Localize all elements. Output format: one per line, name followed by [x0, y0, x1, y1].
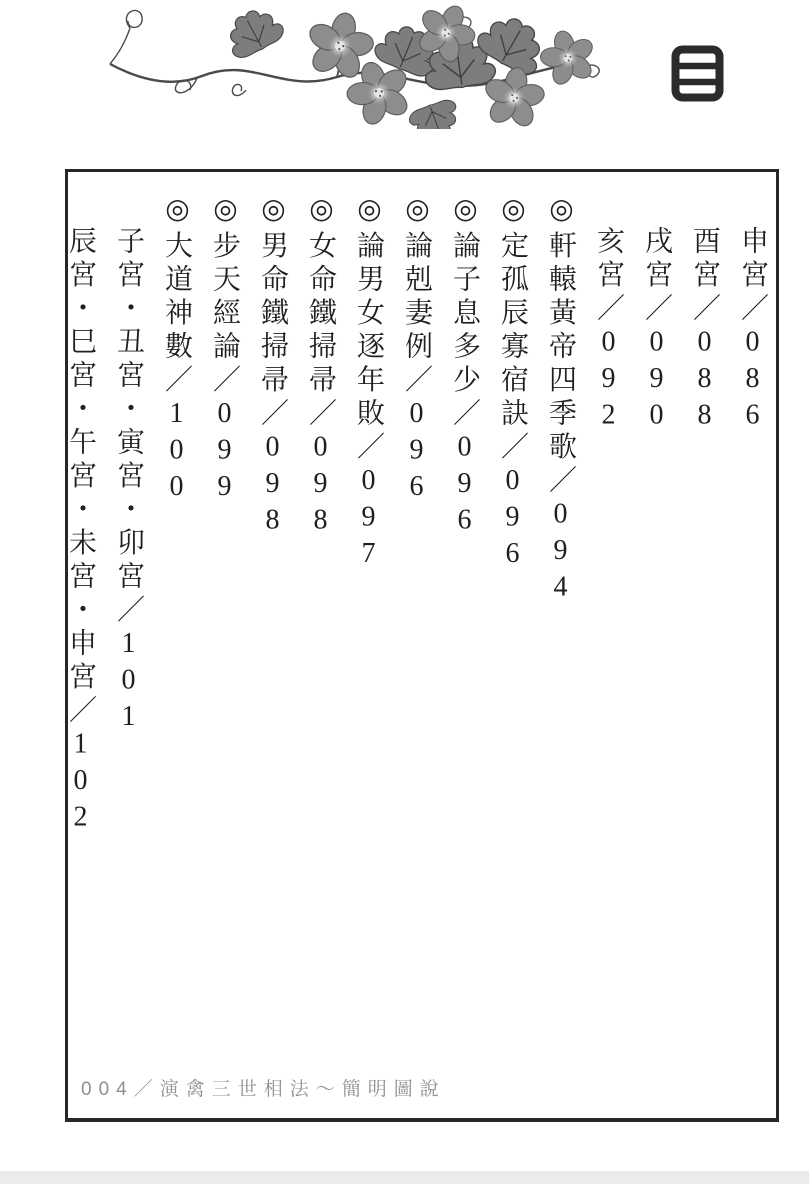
toc-entry: 申宮／086	[738, 192, 767, 1072]
toc-entry: ◎女命鐵掃帚／098	[306, 192, 335, 1072]
book-page: 申宮／086酉宮／088戌宮／090亥宮／092◎軒轅黃帝四季歌／094◎定孤辰…	[0, 0, 809, 1184]
toc-entry: ◎論子息多少／096	[450, 192, 479, 1072]
toc-entry: ◎步天經論／099	[210, 192, 239, 1072]
bottom-gray-bar	[0, 1171, 809, 1184]
toc-entry: ◎大道神數／100	[162, 192, 191, 1072]
toc-entry: ◎論剋妻例／096	[402, 192, 431, 1072]
toc-entry: 亥宮／092	[594, 192, 623, 1072]
toc-entries: 申宮／086酉宮／088戌宮／090亥宮／092◎軒轅黃帝四季歌／094◎定孤辰…	[47, 192, 767, 1072]
toc-entry: ◎論男女逐年敗／097	[354, 192, 383, 1072]
toc-entry: 戌宮／090	[642, 192, 671, 1072]
toc-entry: ◎軒轅黃帝四季歌／094	[546, 192, 575, 1072]
toc-entry: 辰宮・巳宮・午宮・未宮・申宮／102	[66, 192, 95, 1072]
contents-symbol-icon	[671, 45, 724, 102]
toc-entry: 子宮・丑宮・寅宮・卯宮／101	[114, 192, 143, 1072]
floral-vine-ornament	[100, 4, 600, 129]
toc-box: 申宮／086酉宮／088戌宮／090亥宮／092◎軒轅黃帝四季歌／094◎定孤辰…	[65, 169, 779, 1122]
toc-entry: ◎定孤辰寡宿訣／096	[498, 192, 527, 1072]
toc-entry: 酉宮／088	[690, 192, 719, 1072]
toc-entry: ◎男命鐵掃帚／098	[258, 192, 287, 1072]
page-footer: 004／演禽三世相法～簡明圖說	[81, 1074, 446, 1101]
